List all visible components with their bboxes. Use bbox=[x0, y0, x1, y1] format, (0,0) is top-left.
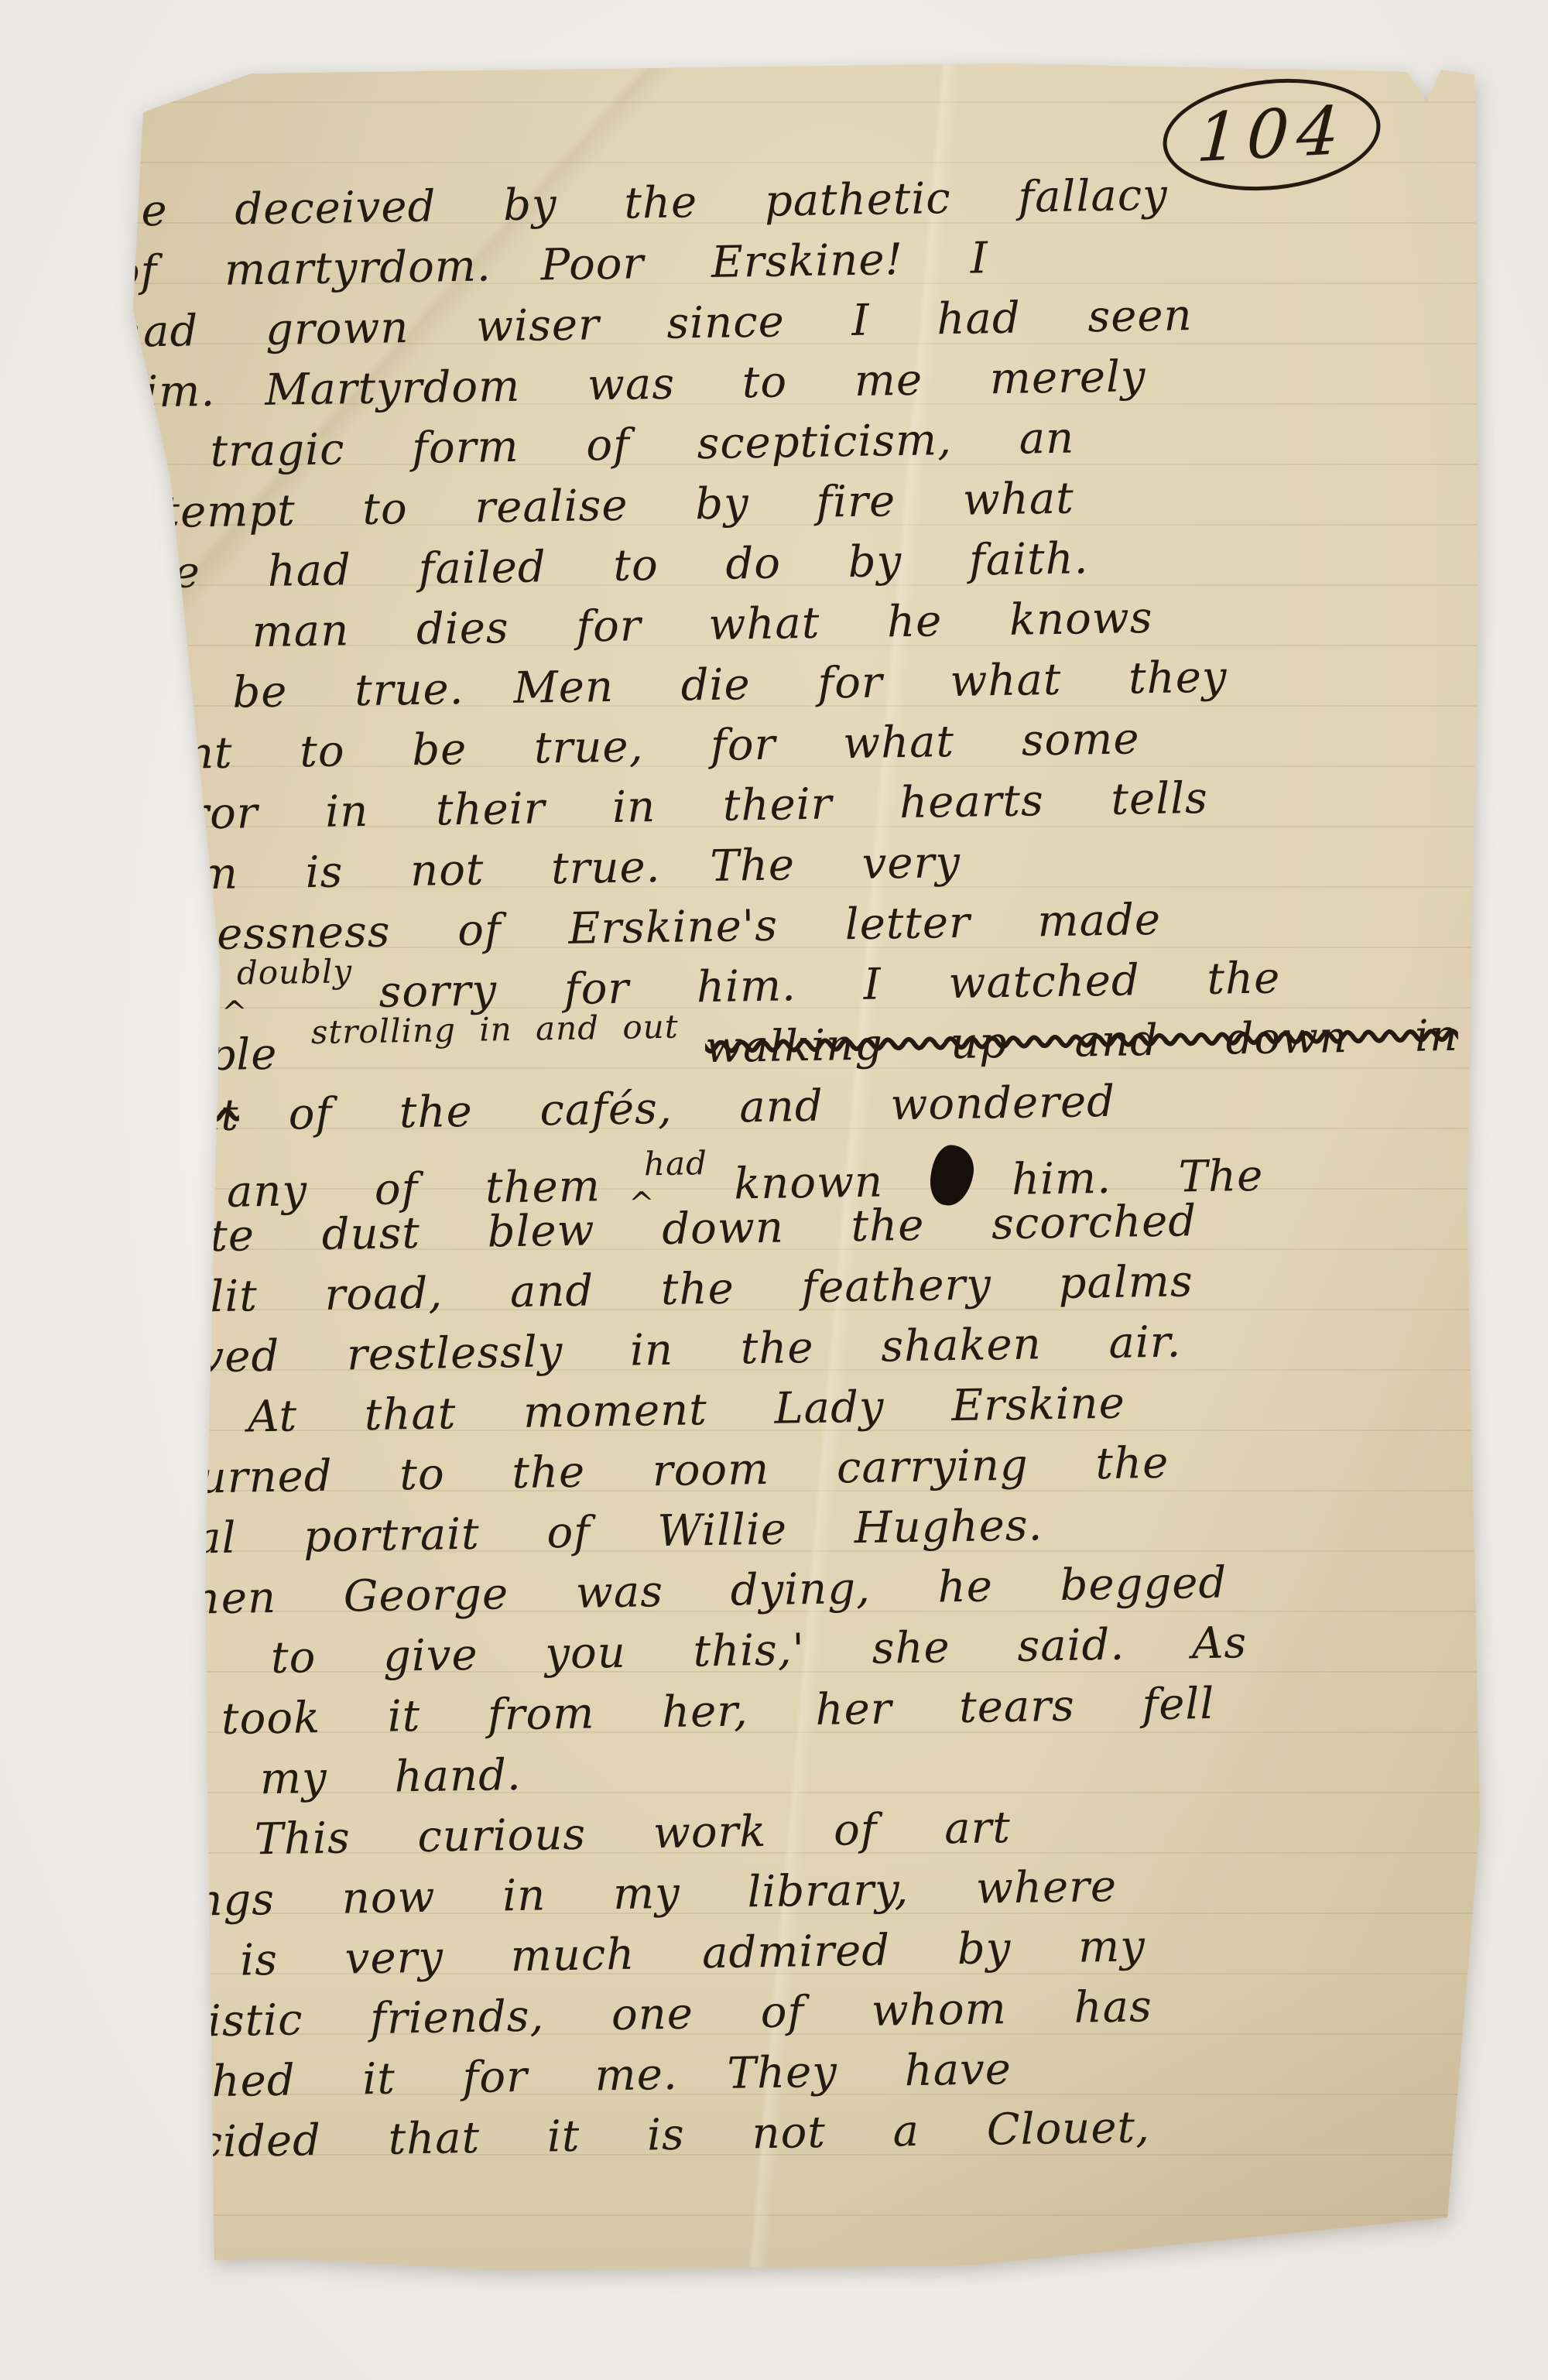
interlinear-insertion: had bbox=[643, 1133, 707, 1194]
handwritten-text: 'When George was dying, he begged bbox=[134, 1558, 1227, 1625]
handwritten-text: At that moment Lady Erskine bbox=[248, 1378, 1126, 1443]
handwritten-text: one had failed to do by faith. bbox=[118, 533, 1088, 599]
interlinear-insertion: doubly bbox=[236, 941, 352, 1003]
handwritten-text: Men die for what they bbox=[513, 652, 1228, 713]
manuscript-text: be deceived by the pathetic fallacyof ma… bbox=[112, 161, 1459, 2173]
handwritten-text: decided that it is not a Clouet, bbox=[142, 2102, 1150, 2168]
handwritten-text: hangs now in my library, where bbox=[139, 1861, 1117, 1927]
interlinear-insertion: strolling in and out bbox=[310, 997, 679, 1063]
handwritten-text: had grown wiser since I had seen bbox=[115, 290, 1194, 358]
handwritten-text: sunlit road, and the feathery palms bbox=[129, 1256, 1194, 1324]
struck-text: walking up and down in bbox=[705, 1011, 1459, 1073]
handwritten-text: Poor Erskine! I bbox=[540, 233, 988, 290]
handwritten-text: of martyrdom. bbox=[113, 241, 491, 297]
handwritten-text: a tragic form of scepticism, an bbox=[116, 413, 1075, 478]
handwritten-text: This curious work of art bbox=[254, 1803, 1011, 1865]
handwritten-text: it is very much admired by my bbox=[140, 1921, 1146, 1987]
handwritten-text: They have bbox=[727, 2044, 1012, 2099]
handwritten-text: terror in their in their hearts tells bbox=[122, 773, 1208, 841]
handwritten-text: be deceived by the pathetic fallacy bbox=[112, 170, 1168, 237]
handwritten-text: artistic friends, one of whom has bbox=[141, 1981, 1152, 2048]
handwritten-text: I took it from her, her tears fell bbox=[136, 1679, 1215, 1746]
handwritten-text: Martyrdom was to me merely bbox=[265, 351, 1146, 416]
handwritten-text: The very bbox=[710, 837, 961, 892]
handwritten-text: returned to the room carrying the bbox=[132, 1438, 1170, 1505]
handwritten-text: moved restlessly in the shaken air. bbox=[130, 1317, 1181, 1383]
handwritten-text: fatal portrait of Willie Hughes. bbox=[133, 1500, 1043, 1564]
manuscript-paper: 104 be deceived by the pathetic fallacyo… bbox=[39, 43, 1486, 2283]
handwritten-text: want to be true, for what some bbox=[121, 714, 1140, 780]
handwritten-text: white dust blew down the scorched bbox=[128, 1196, 1197, 1263]
handwritten-text: attempt to realise by fire what bbox=[117, 474, 1074, 539]
handwritten-text: No man dies for what he knows bbox=[119, 593, 1153, 659]
handwritten-text: of the cafés, and wondered bbox=[288, 1077, 1115, 1140]
handwritten-text: etched it for me. bbox=[142, 2050, 678, 2108]
